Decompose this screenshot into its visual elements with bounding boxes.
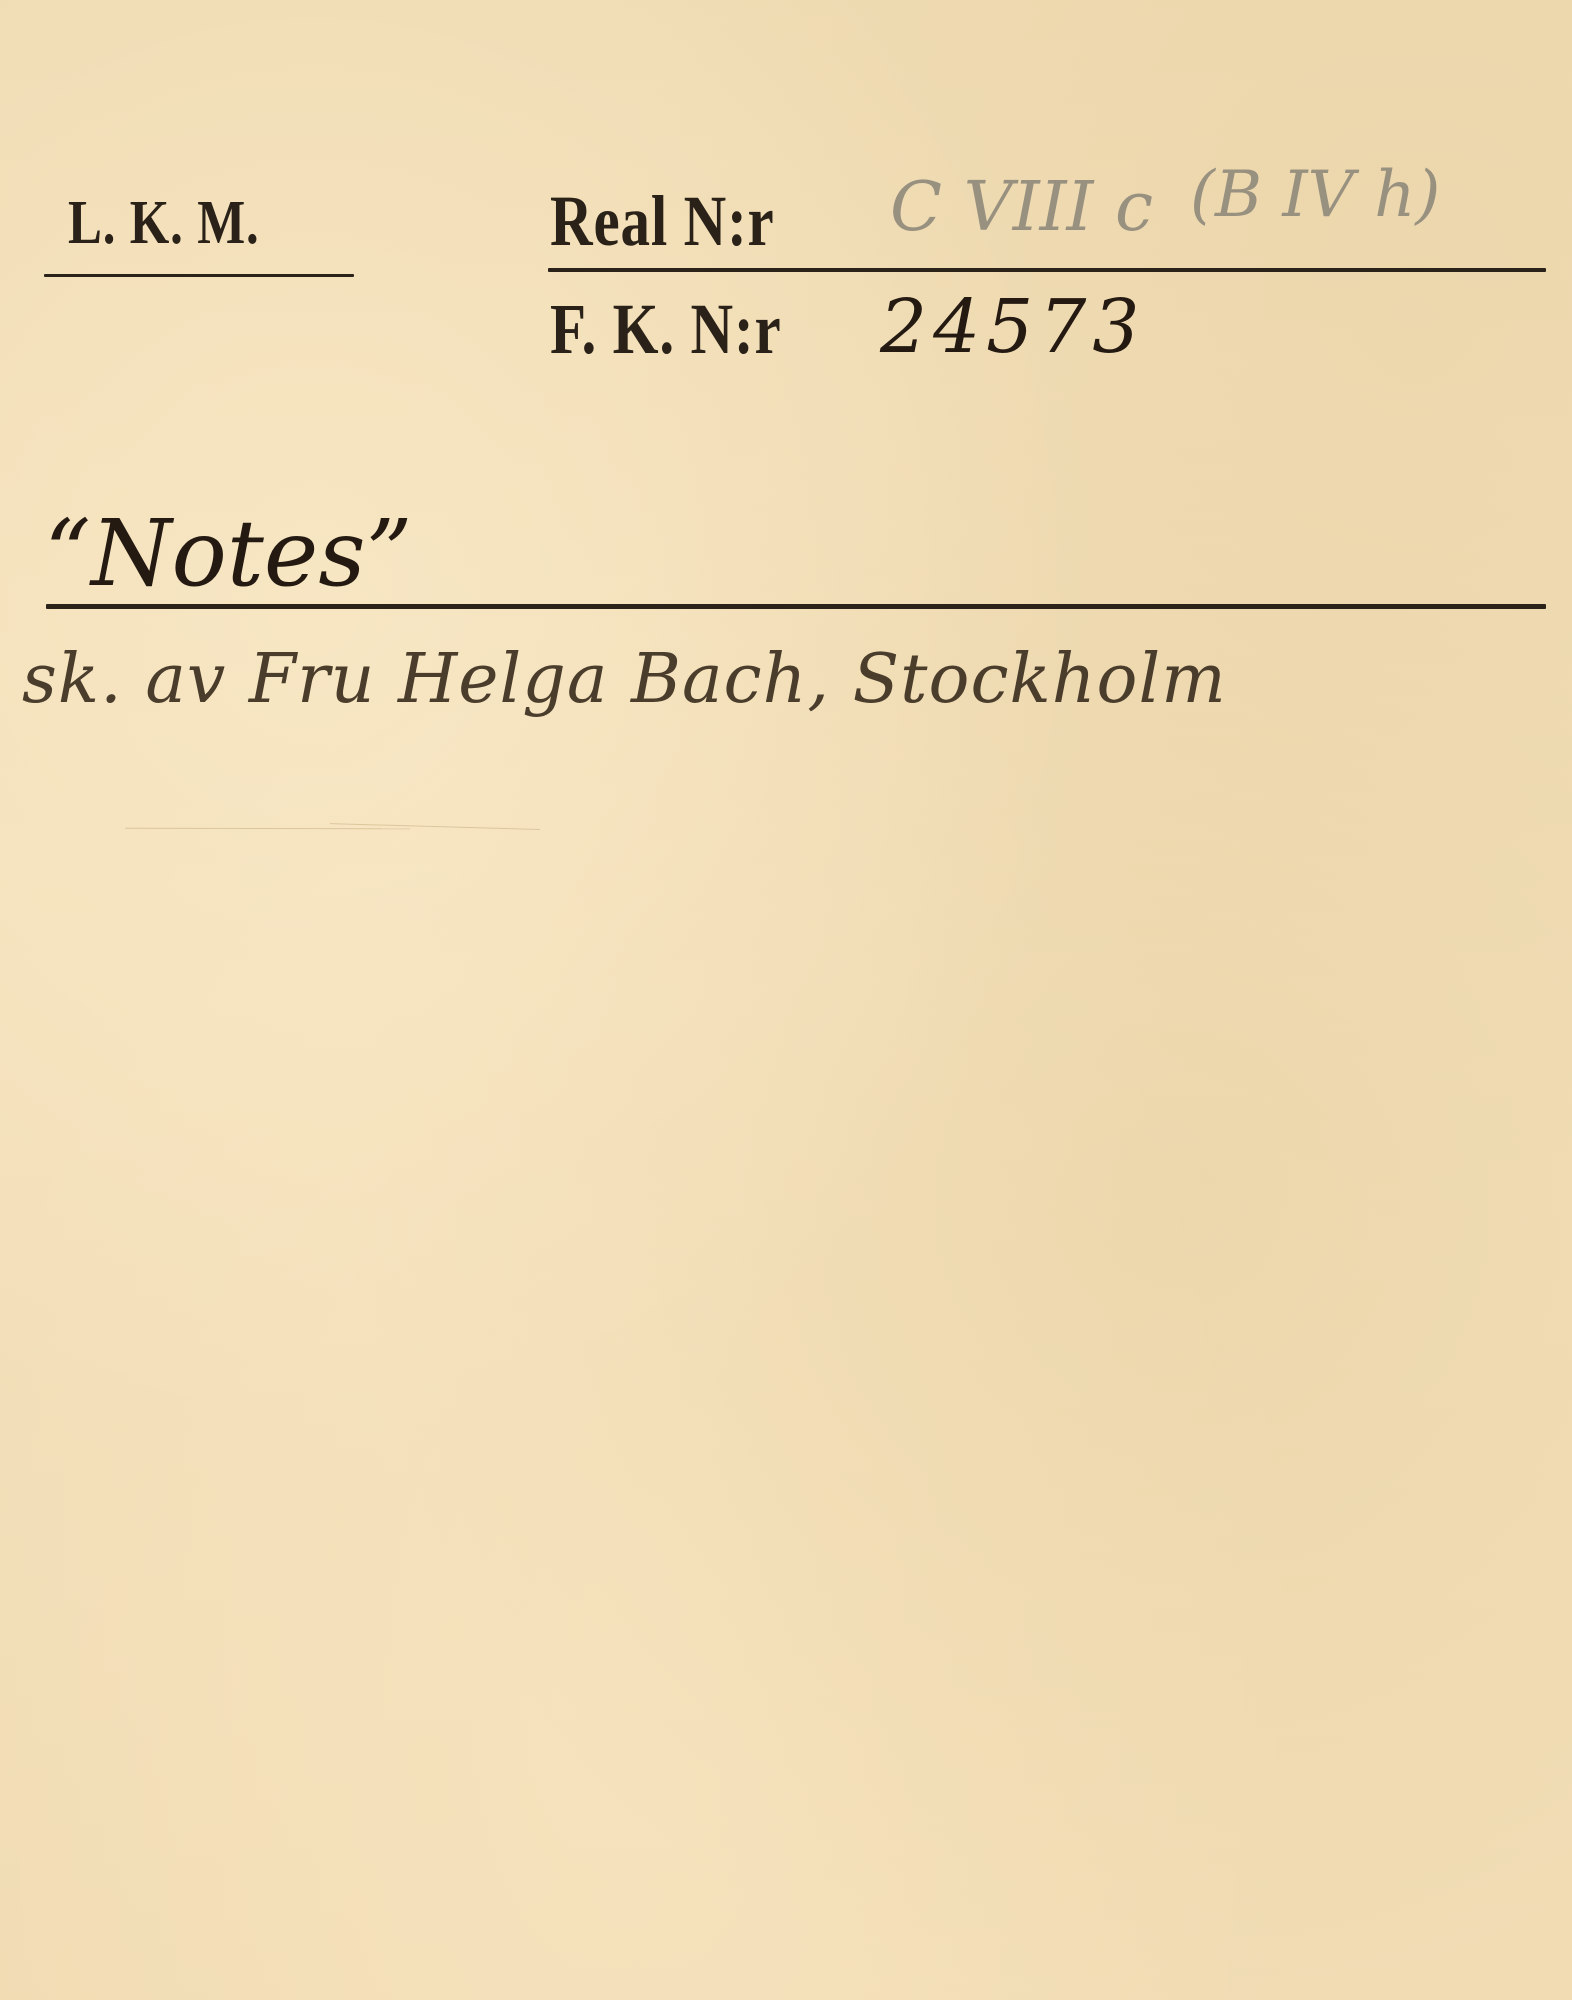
institution-underline: [44, 274, 354, 277]
donor-note: sk. av Fru Helga Bach, Stockholm: [22, 640, 1227, 719]
real-number-label: Real N:r: [550, 180, 775, 263]
institution-abbrev: L. K. M.: [68, 188, 260, 259]
real-number-rule: [548, 268, 1546, 272]
card-paper: [0, 0, 1572, 2000]
item-title: “Notes”: [44, 500, 413, 607]
real-number-value: C VIII c: [890, 168, 1153, 247]
fk-number-value: 24573: [880, 284, 1145, 370]
fk-number-label: F. K. N:r: [550, 288, 781, 371]
title-rule: [46, 604, 1546, 609]
real-number-alt-value: (B IV h): [1190, 158, 1440, 232]
